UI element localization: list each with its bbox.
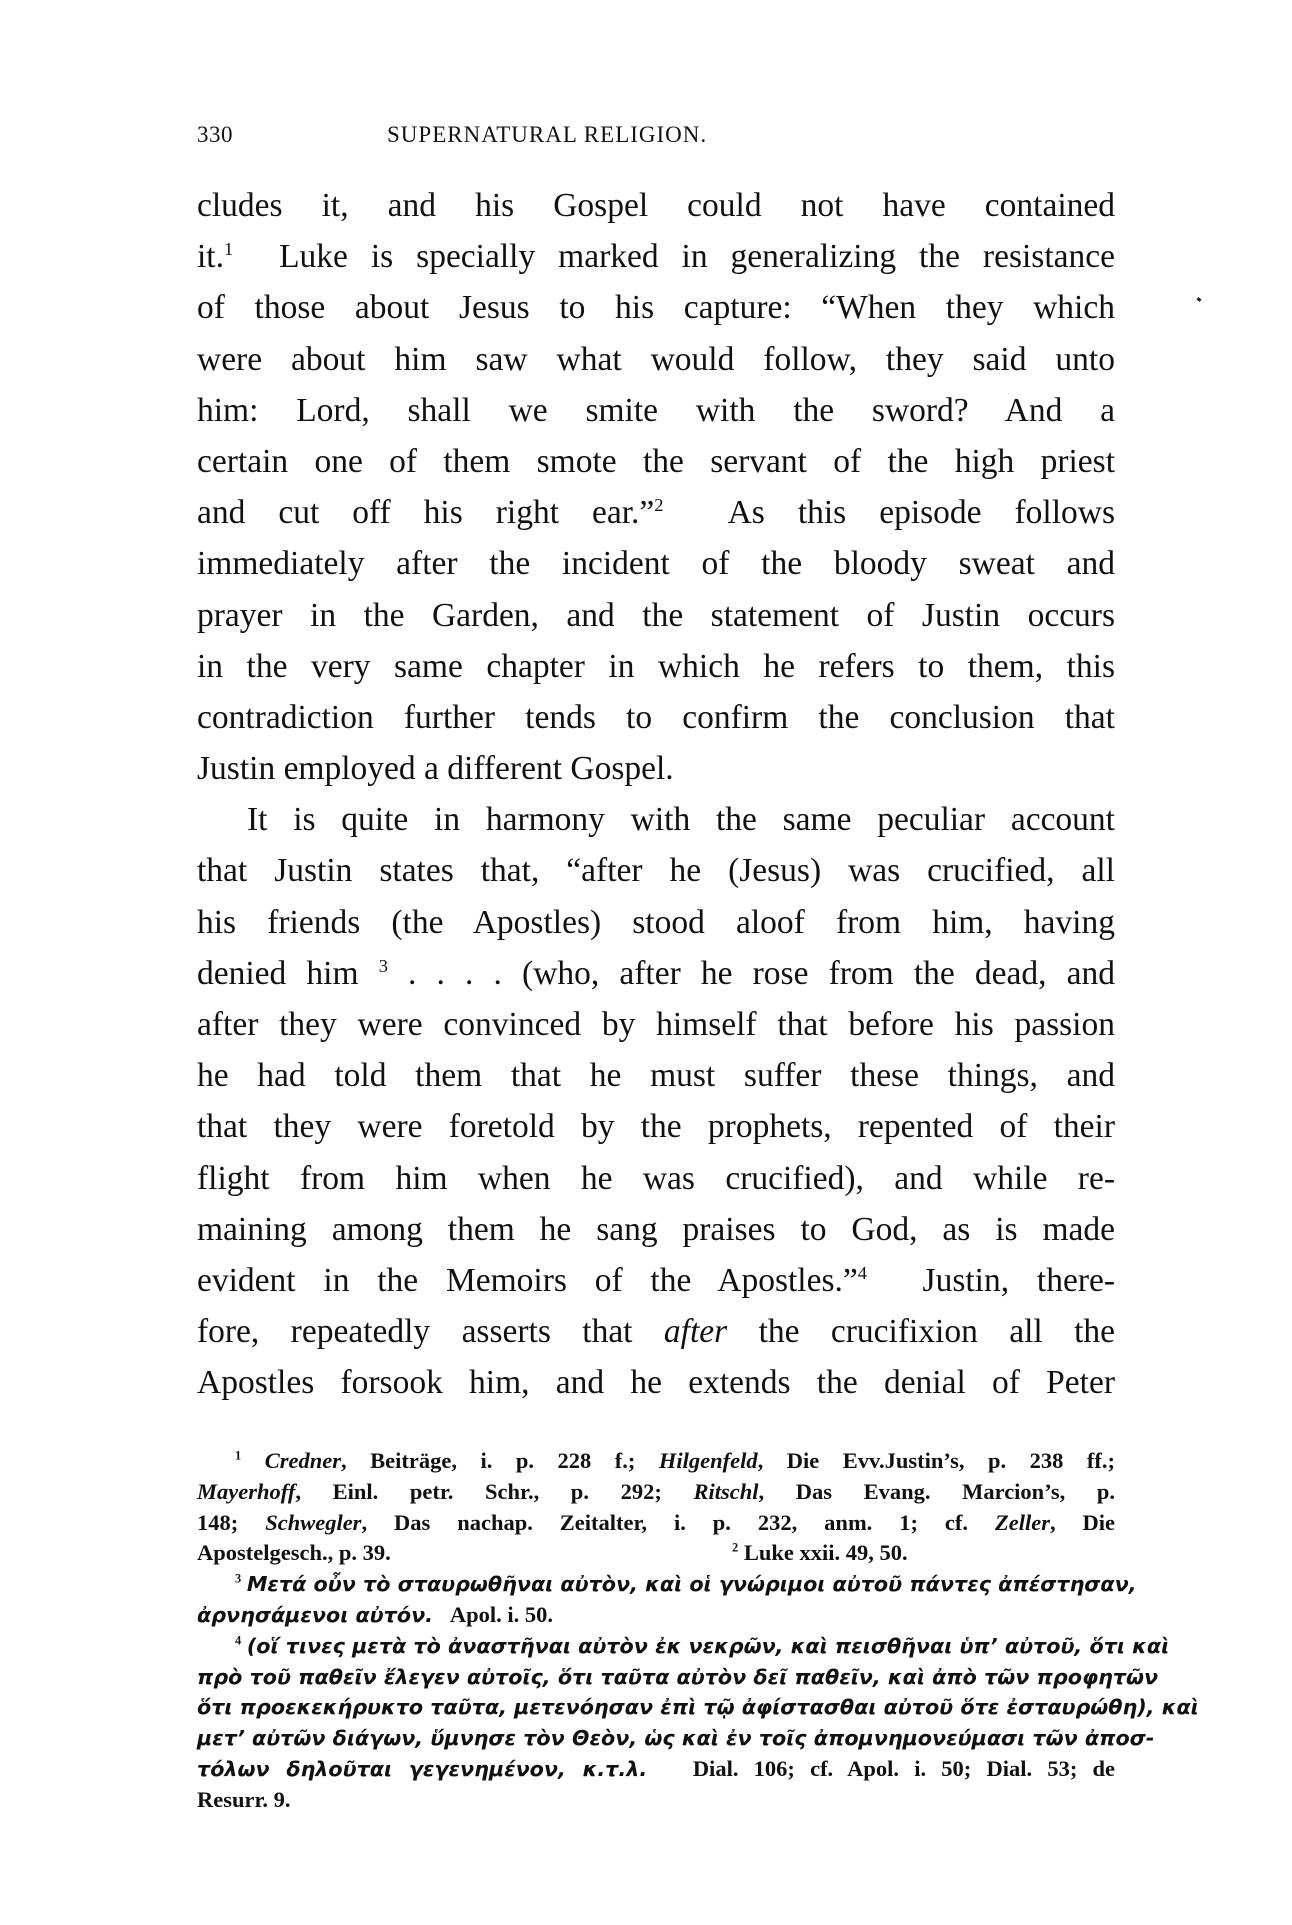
footnote-ref[interactable]: 4 (858, 1263, 867, 1283)
footnote-1: 1 Credner, Beiträge, i. p. 228 f.; Hilge… (197, 1446, 1115, 1477)
footnotes: 1 Credner, Beiträge, i. p. 228 f.; Hilge… (197, 1446, 1115, 1816)
greek-quotation: ὅτι προεκεκήρυκτο ταῦτα, μετενόησαν ἐπὶ … (197, 1695, 1199, 1719)
text-line: cludes it, and his Gospel could not have… (197, 180, 1115, 231)
text-line: prayer in the Garden, and the statement … (197, 590, 1115, 641)
text-line: denied him 3 . . . . (who, after he rose… (197, 948, 1115, 999)
footnote-1-line: Mayerhoff, Einl. petr. Schr., p. 292; Ri… (197, 1477, 1115, 1508)
text-line: him: Lord, shall we smite with the sword… (197, 385, 1115, 436)
citation: Resurr. 9. (197, 1787, 291, 1812)
footnote-4: 4 (οἵ τινες μετὰ τὸ ἀναστῆναι αὐτὸν ἐκ ν… (197, 1631, 1115, 1662)
footnote-3: 3 Μετά οὖν τὸ σταυρωθῆναι αὐτὸν, καὶ οἱ … (197, 1569, 1115, 1600)
footnote-marker: 2 (732, 1541, 738, 1555)
page-number: 330 (197, 122, 233, 148)
footnote-4-line: τόλων δηλοῦται γεγενημένον, κ.τ.λ. Dial.… (197, 1754, 1115, 1785)
scan-speck (1197, 297, 1202, 302)
text-line: he had told them that he must suffer the… (197, 1050, 1115, 1101)
greek-quotation: Μετά οὖν τὸ σταυρωθῆναι αὐτὸν, καὶ οἱ γν… (247, 1572, 1137, 1596)
text-line: and cut off his right ear.”2 As this epi… (197, 487, 1115, 538)
text-line: maining among them he sang praises to Go… (197, 1204, 1115, 1255)
author-name: Mayerhoff (197, 1479, 295, 1504)
footnote-ref[interactable]: 3 (379, 956, 388, 976)
greek-quotation: τόλων δηλοῦται γεγενημένον, κ.τ.λ. (197, 1757, 647, 1781)
footnote-marker: 3 (235, 1572, 241, 1586)
text-line: Apostles forsook him, and he extends the… (197, 1357, 1115, 1408)
footnote-marker: 4 (235, 1633, 241, 1647)
greek-quotation: πρὸ τοῦ παθεῖν ἔλεγεν αὐτοῖς, ὅτι ταῦτα … (197, 1665, 1158, 1689)
footnote-1-2-line: Apostelgesch., p. 39.2 Luke xxii. 49, 50… (197, 1538, 1115, 1569)
footnote-1-line: 148; Schwegler, Das nachap. Zeitalter, i… (197, 1508, 1115, 1539)
greek-quotation: ἀρνησάμενοι αὐτόν. (197, 1603, 433, 1627)
author-name: Zeller (995, 1510, 1050, 1535)
footnote-ref[interactable]: 2 (654, 495, 663, 515)
footnote-marker: 1 (235, 1449, 241, 1463)
text-line: immediately after the incident of the bl… (197, 538, 1115, 589)
text-line: of those about Jesus to his capture: “Wh… (197, 282, 1115, 333)
footnote-4-line: Resurr. 9. (197, 1785, 1115, 1816)
author-name: Credner (265, 1448, 341, 1473)
author-name: Hilgenfeld (659, 1448, 758, 1473)
author-name: Schwegler (265, 1510, 361, 1535)
footnote-ref[interactable]: 1 (224, 239, 233, 259)
text-line: that they were foretold by the prophets,… (197, 1101, 1115, 1152)
footnote-4-line: πρὸ τοῦ παθεῖν ἔλεγεν αὐτοῖς, ὅτι ταῦτα … (197, 1662, 1115, 1693)
author-name: Ritschl (693, 1479, 758, 1504)
text-line: certain one of them smote the servant of… (197, 436, 1115, 487)
text-line: after they were convinced by himself tha… (197, 999, 1115, 1050)
text-line: were about him saw what would follow, th… (197, 334, 1115, 385)
paragraph-start-line: It is quite in harmony with the same pec… (197, 794, 1115, 845)
body-text: cludes it, and his Gospel could not have… (197, 180, 1115, 1409)
footnote-2: 2 Luke xxii. 49, 50. (732, 1538, 908, 1569)
footnote-4-line: ὅτι προεκεκήρυκτο ταῦτα, μετενόησαν ἐπὶ … (197, 1692, 1115, 1723)
footnote-3-line: ἀρνησάμενοι αὐτόν. Apol. i. 50. (197, 1600, 1115, 1631)
running-head: 330 SUPERNATURAL RELIGION. (197, 122, 1115, 158)
book-title: SUPERNATURAL RELIGION. (387, 122, 707, 148)
text-line: his friends (the Apostles) stood aloof f… (197, 897, 1115, 948)
citation: Dial. 106; cf. Apol. i. 50; Dial. 53; de (693, 1756, 1115, 1781)
emphasis: after (664, 1313, 727, 1350)
footnote-4-line: μετ’ αὐτῶν διάγων, ὕμνησε τὸν Θεὸν, ὡς κ… (197, 1723, 1115, 1754)
text-line: that Justin states that, “after he (Jesu… (197, 845, 1115, 896)
citation: Apol. i. 50. (450, 1602, 553, 1627)
greek-quotation: (οἵ τινες μετὰ τὸ ἀναστῆναι αὐτὸν ἐκ νεκ… (247, 1634, 1169, 1658)
text-line: contradiction further tends to confirm t… (197, 692, 1115, 743)
text-line: it.1 Luke is specially marked in general… (197, 231, 1115, 282)
text-line: fore, repeatedly asserts that after the … (197, 1306, 1115, 1357)
text-line: in the very same chapter in which he ref… (197, 641, 1115, 692)
text-line: Justin employed a different Gospel. (197, 743, 1115, 794)
greek-quotation: μετ’ αὐτῶν διάγων, ὕμνησε τὸν Θεὸν, ὡς κ… (197, 1726, 1154, 1750)
text-line: flight from him when he was crucified), … (197, 1153, 1115, 1204)
text-line: evident in the Memoirs of the Apostles.”… (197, 1255, 1115, 1306)
